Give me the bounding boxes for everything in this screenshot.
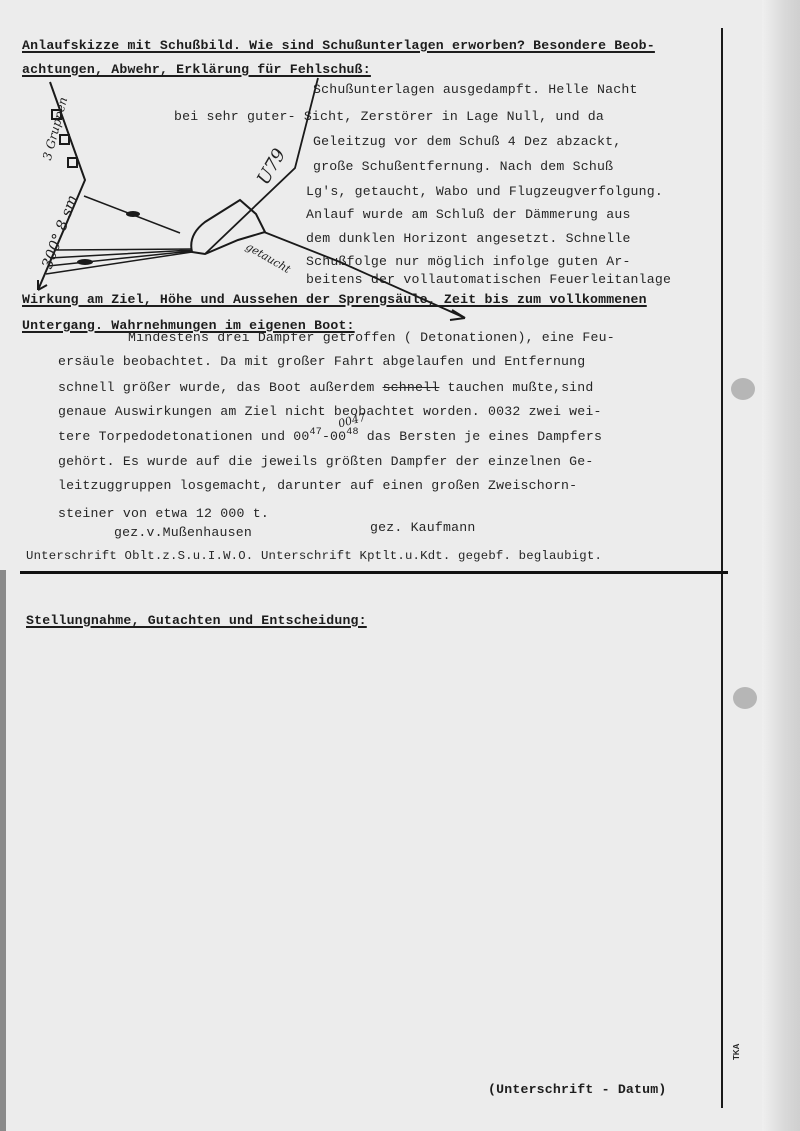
document-page: Anlaufskizze mit Schußbild. Wie sind Sch… bbox=[0, 0, 800, 1131]
text-segment: tauchen mußte,sind bbox=[439, 380, 593, 395]
text-segment: schnell größer wurde, das Boot außerdem bbox=[58, 380, 383, 395]
section2-line: steiner von etwa 12 000 t. bbox=[58, 506, 269, 522]
signature-line: Unterschrift Oblt.z.S.u.I.W.O. Unterschr… bbox=[26, 548, 602, 564]
section2-line: leitzuggruppen losgemacht, darunter auf … bbox=[58, 478, 577, 494]
footer-signature-label: (Unterschrift - Datum) bbox=[488, 1082, 667, 1098]
section2-line: genaue Auswirkungen am Ziel nicht beobac… bbox=[58, 404, 602, 420]
time-superscript: 47 bbox=[310, 427, 322, 438]
punch-hole bbox=[731, 378, 755, 400]
signature-left: gez.v.Mußenhausen bbox=[114, 525, 252, 541]
section2-line: ersäule beobachtet. Da mit großer Fahrt … bbox=[58, 354, 585, 370]
text-segment: -00 bbox=[322, 429, 346, 444]
section2-line: schnell größer wurde, das Boot außerdem … bbox=[58, 380, 594, 396]
section2-line: tere Torpedodetonationen und 0047-0048 d… bbox=[58, 429, 602, 447]
struck-word: schnell bbox=[383, 380, 440, 395]
section2-line: Mindestens drei Dampfer getroffen ( Deto… bbox=[128, 330, 615, 346]
time-superscript: 48 bbox=[346, 427, 358, 438]
section3-heading: Stellungnahme, Gutachten und Entscheidun… bbox=[26, 613, 367, 629]
scan-edge bbox=[0, 570, 6, 1131]
signature-right: gez. Kaufmann bbox=[370, 520, 475, 536]
section2-heading-line1: Wirkung am Ziel, Höhe und Aussehen der S… bbox=[22, 292, 647, 308]
punch-hole bbox=[733, 687, 757, 709]
text-segment: tere Torpedodetonationen und 00 bbox=[58, 429, 310, 444]
text-segment: das Bersten je eines Dampfers bbox=[359, 429, 602, 444]
section2-line: gehört. Es wurde auf die jeweils größten… bbox=[58, 454, 594, 470]
attack-sketch bbox=[0, 0, 800, 340]
margin-stamp: TKA bbox=[732, 1044, 741, 1060]
section-divider bbox=[20, 571, 728, 574]
